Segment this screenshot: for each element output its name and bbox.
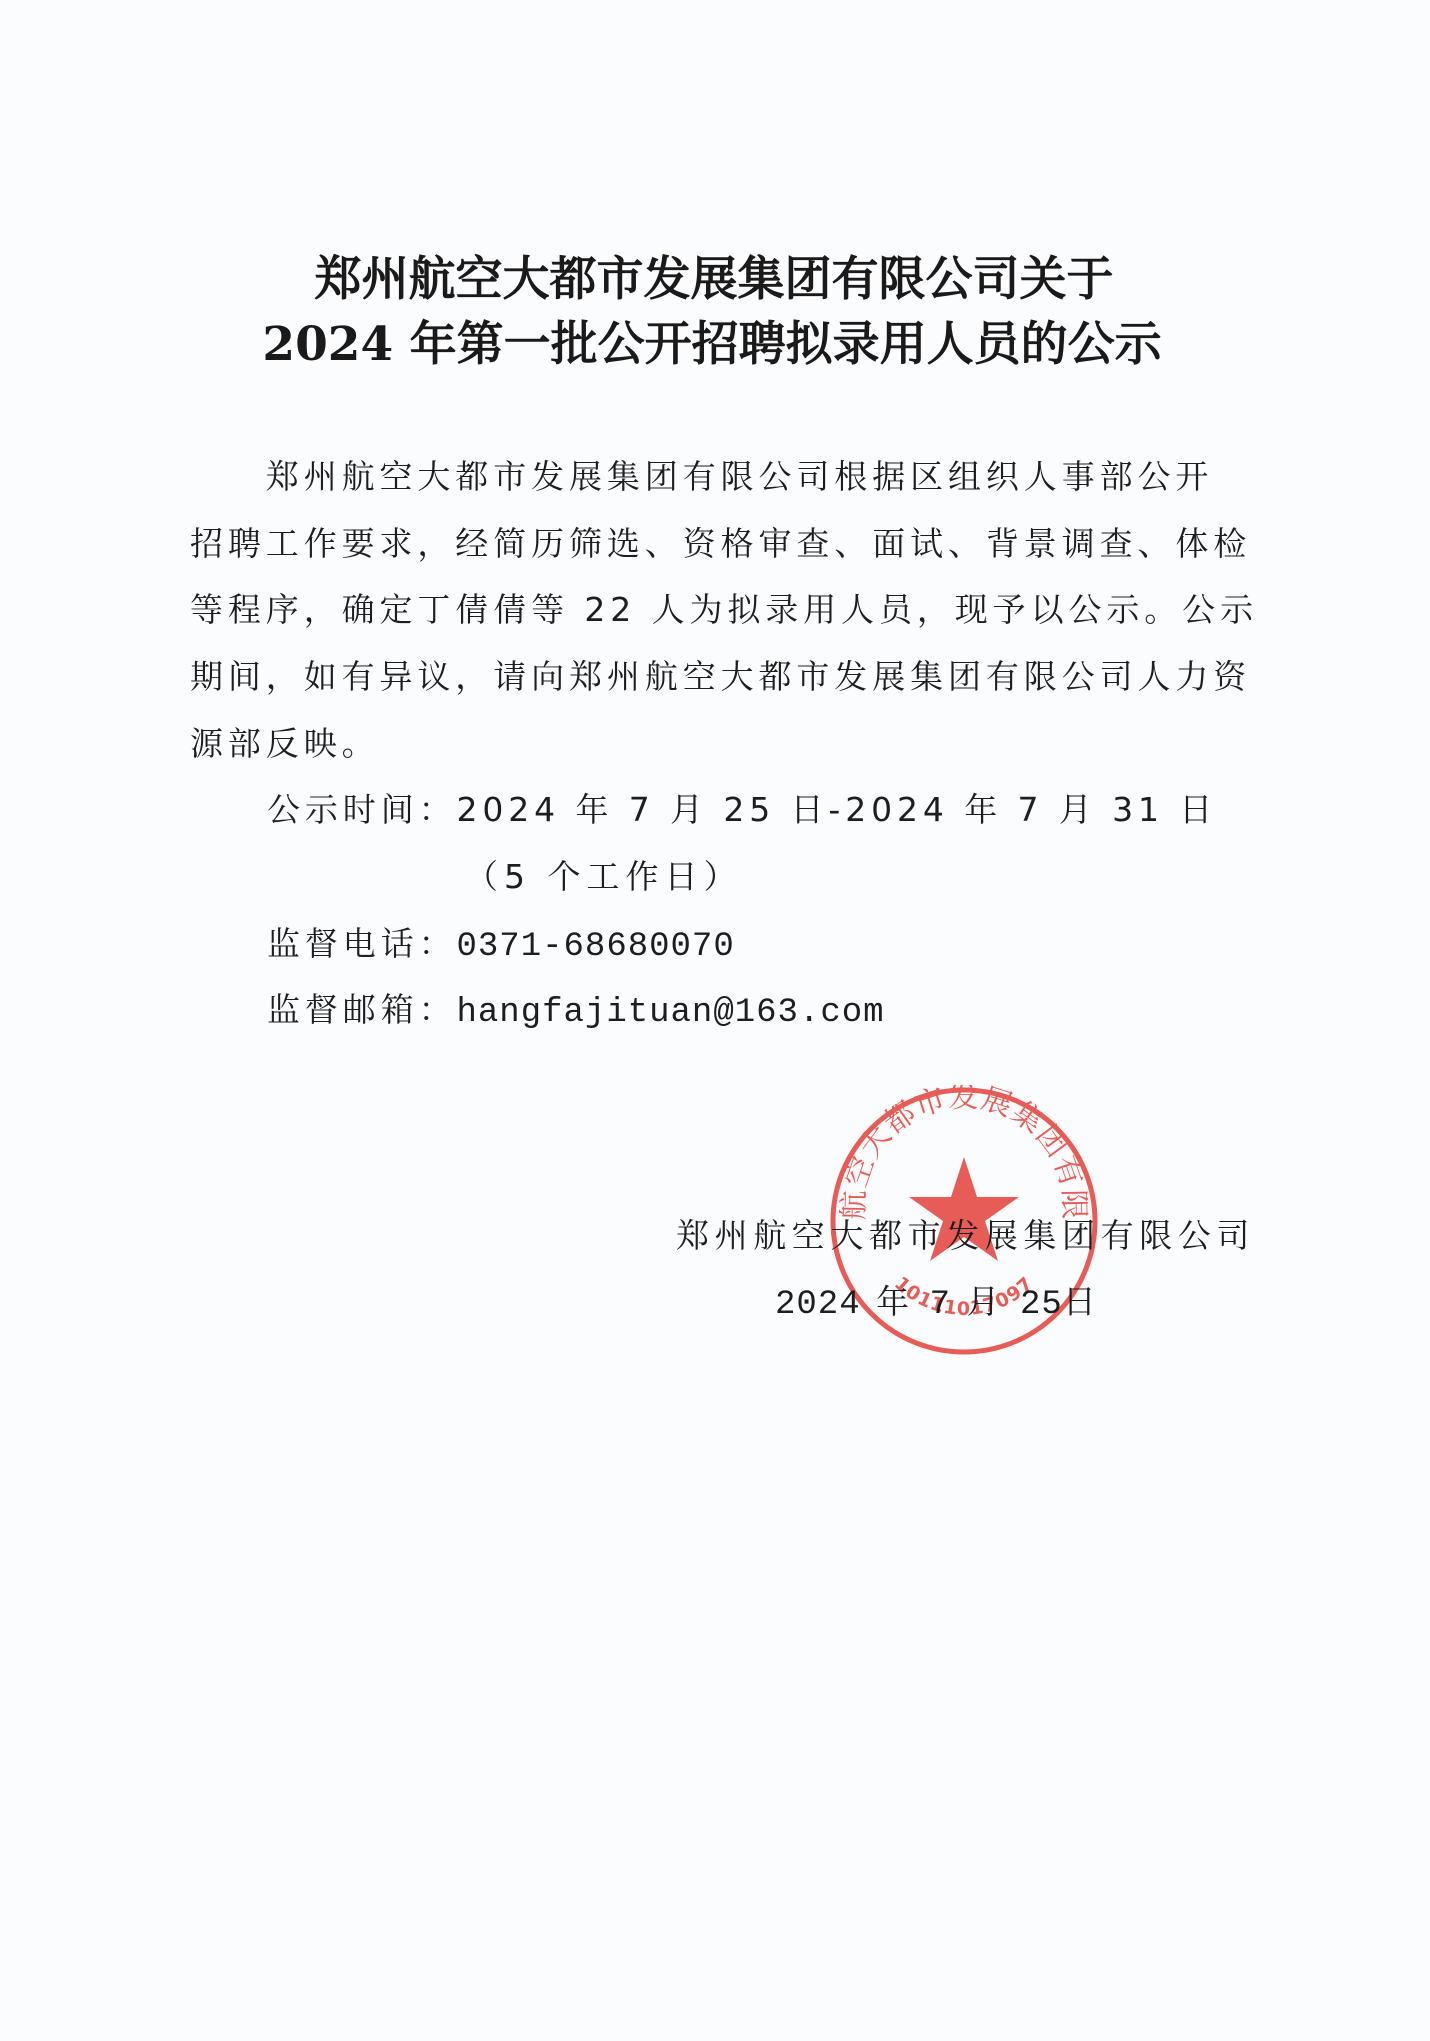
signature-date-month: 7 (930, 1286, 951, 1324)
supervision-phone-row: 监督电话：0371-68680070 (267, 910, 735, 981)
supervision-email-row: 监督邮箱：hangfajituan@163.com (267, 976, 885, 1047)
publicity-period-row: 公示时间：2024 年 7 月 25 日-2024 年 7 月 31 日 (267, 776, 1217, 843)
publicity-period-note: （5 个工作日） (465, 843, 743, 910)
document-title-line-1: 郑州航空大都市发展集团有限公司关于 (0, 247, 1429, 313)
paragraph-line-5: 源部反映。 (190, 710, 380, 777)
supervision-phone-label: 监督电话： (267, 910, 457, 977)
signature-date: 2024 年 7 月 25日 (775, 1276, 1101, 1324)
paragraph-line-1: 郑州航空大都市发展集团有限公司根据区组织人事部公开 (190, 443, 1213, 510)
signature-date-year-unit: 年 (876, 1282, 914, 1321)
publicity-period-label: 公示时间： (267, 776, 457, 843)
signature-date-year: 2024 (775, 1286, 861, 1324)
signature-date-day: 25 (1020, 1286, 1063, 1324)
document-title-line-2: 2024 年第一批公开招聘拟录用人员的公示 (0, 312, 1427, 378)
paragraph-line-3: 等程序，确定丁倩倩等 22 人为拟录用人员，现予以公示。公示 (190, 576, 1258, 643)
supervision-email-value: hangfajituan@163.com (457, 980, 885, 1047)
supervision-phone-value: 0371-68680070 (457, 914, 735, 981)
paragraph-line-2: 招聘工作要求，经简历筛选、资格审查、面试、背景调查、体检 (190, 510, 1251, 577)
supervision-email-label: 监督邮箱： (267, 976, 457, 1043)
publicity-period-value: 2024 年 7 月 25 日-2024 年 7 月 31 日 (457, 776, 1218, 843)
signature-date-day-unit: 日 (1063, 1282, 1101, 1321)
signature-company: 郑州航空大都市发展集团有限公司 (676, 1210, 1255, 1257)
paragraph-line-4: 期间，如有异议，请向郑州航空大都市发展集团有限公司人力资 (190, 643, 1251, 710)
document-page: 郑州航空大都市发展集团有限公司关于 2024 年第一批公开招聘拟录用人员的公示 … (0, 0, 1430, 2041)
signature-date-month-unit: 月 (967, 1282, 1005, 1321)
